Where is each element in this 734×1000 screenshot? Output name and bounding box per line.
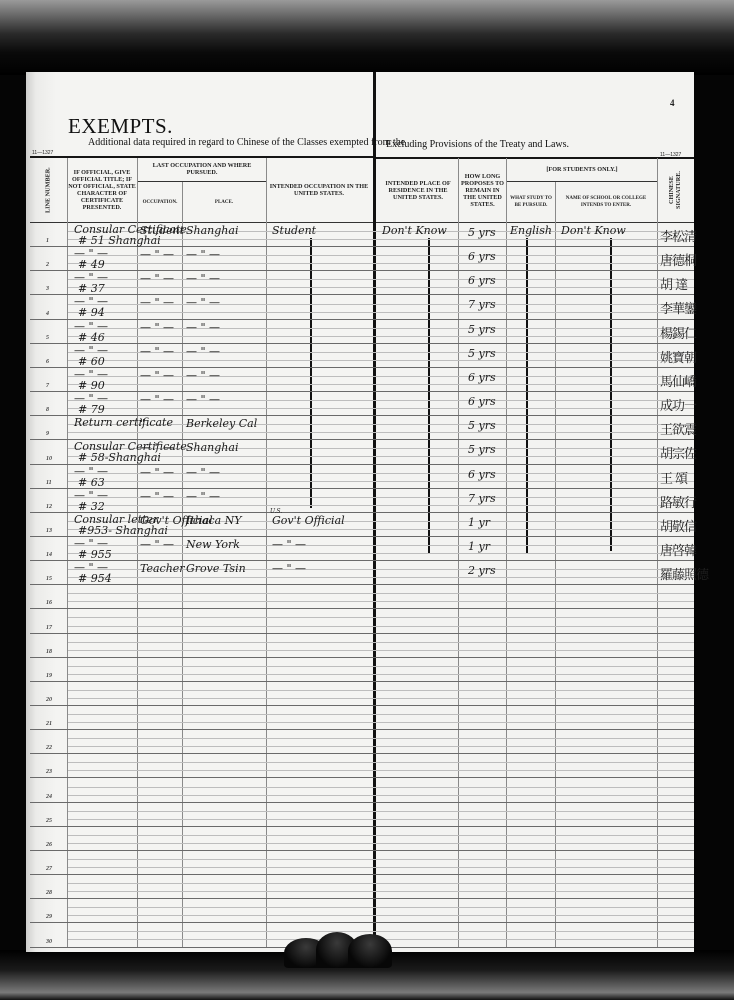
row-rule <box>30 319 694 320</box>
line-number: 21 <box>46 721 66 727</box>
row-subrule <box>68 698 694 699</box>
ledger-book: EXEMPTS. Additional data required in reg… <box>26 72 716 952</box>
cell-certificate-number: # 90 <box>78 380 105 392</box>
cell-place: New York <box>186 539 240 551</box>
cell-occupation: Student <box>140 225 184 237</box>
scan-thumb-artifact <box>348 934 392 968</box>
cell-occupation: — " — <box>140 249 174 261</box>
row-rule <box>30 657 694 658</box>
cell-how-long: 6 yrs <box>468 396 496 408</box>
row-subrule <box>68 336 694 337</box>
cell-occupation: — " — <box>140 442 174 454</box>
line-number: 1 <box>46 238 66 244</box>
cell-place: — " — <box>186 249 220 261</box>
row-subrule <box>68 770 694 771</box>
col-sep <box>555 182 556 948</box>
line-number: 11 <box>46 480 66 486</box>
row-subrule <box>68 617 694 618</box>
row-rule <box>30 343 694 344</box>
cell-place: — " — <box>186 346 220 358</box>
cell-certificate-number: # 955 <box>78 549 112 561</box>
cell-place: Shanghai <box>186 225 238 237</box>
cell-occupation: " <box>140 418 145 430</box>
line-number: 17 <box>46 625 66 631</box>
cell-occupation: — " — <box>140 467 174 479</box>
cell-place: — " — <box>186 467 220 479</box>
cell-certificate-number: # 60 <box>78 356 105 368</box>
line-number: 24 <box>46 794 66 800</box>
row-subrule <box>68 762 694 763</box>
header-bottom-rule-right <box>376 222 694 223</box>
row-subrule <box>68 239 694 240</box>
row-subrule <box>68 787 694 788</box>
row-subrule <box>68 666 694 667</box>
header-school-name: Name of school or college intends to ent… <box>556 182 656 222</box>
row-subrule <box>68 553 694 554</box>
cell-intended-note: U.S. <box>270 506 282 518</box>
line-number: 5 <box>46 335 66 341</box>
header-last-occupation: Last occupation and where pursued. <box>138 158 266 180</box>
header-students-only: [For students only.] <box>507 158 657 180</box>
cell-chinese-signature: 姚寶朝 <box>660 347 696 366</box>
row-subrule <box>68 795 694 796</box>
row-rule <box>30 681 694 682</box>
line-number: 27 <box>46 866 66 872</box>
page-title: EXEMPTS. <box>68 114 173 139</box>
row-rule <box>30 826 694 827</box>
line-number: 28 <box>46 890 66 896</box>
line-number: 12 <box>46 504 66 510</box>
cell-certificate-number: # 94 <box>78 307 105 319</box>
cell-chinese-signature: 王欲震 <box>660 419 696 438</box>
line-number: 14 <box>46 552 66 558</box>
row-rule <box>30 802 694 803</box>
cell-occupation: — " — <box>140 491 174 503</box>
row-subrule <box>68 883 694 884</box>
header-official-title: If official, give official title; if not… <box>68 158 136 222</box>
cell-occupation: — " — <box>140 273 174 285</box>
row-subrule <box>68 746 694 747</box>
cell-intended-occupation: Gov't Official <box>272 515 345 527</box>
cell-how-long: 5 yrs <box>468 444 496 456</box>
cell-place: — " — <box>186 273 220 285</box>
row-rule <box>30 270 694 271</box>
cell-chinese-signature: 胡敬信 <box>660 516 696 535</box>
row-rule <box>30 898 694 899</box>
row-rule <box>30 922 694 923</box>
header-chinese-signature: Chinese signature. <box>658 158 692 222</box>
cell-how-long: 7 yrs <box>468 493 496 505</box>
cell-occupation: — " — <box>140 539 174 551</box>
row-rule <box>30 753 694 754</box>
cell-school: Don't Know <box>561 225 626 237</box>
line-number: 2 <box>46 262 66 268</box>
row-subrule <box>68 456 694 457</box>
header-line-number: Line Number. <box>30 158 66 222</box>
row-subrule <box>68 867 694 868</box>
scan-top-border <box>0 0 734 75</box>
row-subrule <box>68 714 694 715</box>
cell-chinese-signature: 唐德桐 <box>660 250 696 269</box>
cell-chinese-signature: 羅藤照德 <box>660 564 708 583</box>
line-number: 25 <box>46 818 66 824</box>
line-number: 4 <box>46 311 66 317</box>
row-subrule <box>68 360 694 361</box>
row-subrule <box>68 891 694 892</box>
row-subrule <box>68 907 694 908</box>
row-subrule <box>68 432 694 433</box>
cell-occupation: — " — <box>140 394 174 406</box>
cell-chinese-signature: 路敏行 <box>660 492 696 511</box>
cell-chinese-signature: 李華鑾 <box>660 298 696 317</box>
subtitle-right: Excluding Provisions of the Treaty and L… <box>386 139 569 150</box>
cell-place: Berkeley Cal <box>186 418 257 430</box>
header-place: Place. <box>183 182 265 222</box>
row-rule <box>30 294 694 295</box>
cell-how-long: 6 yrs <box>468 251 496 263</box>
cell-how-long: 5 yrs <box>468 420 496 432</box>
cell-chinese-signature: 胡宗佐 <box>660 443 696 462</box>
row-subrule <box>68 843 694 844</box>
row-rule <box>30 560 694 561</box>
cell-intended-occupation: — " — <box>272 563 306 575</box>
row-rule <box>30 367 694 368</box>
line-number: 26 <box>46 842 66 848</box>
header-how-long: How long proposes to remain in the Unite… <box>459 158 506 222</box>
row-subrule <box>68 931 694 932</box>
row-subrule <box>68 626 694 627</box>
cell-how-long: 2 yrs <box>468 565 496 577</box>
line-number: 30 <box>46 939 66 945</box>
row-subrule <box>68 642 694 643</box>
line-number: 3 <box>46 286 66 292</box>
page-number: 4 <box>670 98 675 108</box>
cell-certificate-number: # 46 <box>78 332 105 344</box>
row-rule <box>30 850 694 851</box>
line-number: 9 <box>46 431 66 437</box>
row-subrule <box>68 505 694 506</box>
row-subrule <box>68 577 694 578</box>
row-subrule <box>68 408 694 409</box>
cell-place: Grove Tsin <box>186 563 246 575</box>
cell-how-long: 5 yrs <box>468 227 496 239</box>
line-number: 20 <box>46 697 66 703</box>
cell-how-long: 6 yrs <box>468 372 496 384</box>
row-subrule <box>68 650 694 651</box>
header-what-study: What study to be pursued. <box>507 182 555 222</box>
row-subrule <box>68 722 694 723</box>
line-number: 29 <box>46 914 66 920</box>
row-subrule <box>68 593 694 594</box>
cell-certificate-number: # 63 <box>78 477 105 489</box>
cell-how-long: 5 yrs <box>468 324 496 336</box>
row-subrule <box>68 859 694 860</box>
cell-certificate-number: # 954 <box>78 573 112 585</box>
row-rule <box>30 633 694 634</box>
row-rule <box>30 608 694 609</box>
header-intended-occupation: Intended occupation in the United States… <box>267 158 371 222</box>
cell-place: — " — <box>186 394 220 406</box>
line-number: 19 <box>46 673 66 679</box>
header-intended-residence: Intended place of residence in the Unite… <box>378 158 458 222</box>
row-subrule <box>68 835 694 836</box>
cell-how-long: 7 yrs <box>468 299 496 311</box>
cell-place: — " — <box>186 491 220 503</box>
cell-occupation: — " — <box>140 322 174 334</box>
cell-how-long: 6 yrs <box>468 275 496 287</box>
cell-chinese-signature: 唐啓韓 <box>660 540 696 559</box>
row-subrule <box>68 312 694 313</box>
line-number: 23 <box>46 769 66 775</box>
cell-chinese-signature: 楊錫仁 <box>660 323 696 342</box>
cell-occupation: — " — <box>140 346 174 358</box>
line-number: 16 <box>46 600 66 606</box>
cell-how-long: 1 yr <box>468 541 490 553</box>
cell-certificate-number: # 49 <box>78 259 105 271</box>
row-rule <box>30 705 694 706</box>
line-number: 13 <box>46 528 66 534</box>
row-subrule <box>68 819 694 820</box>
row-rule <box>30 584 694 585</box>
row-subrule <box>68 263 694 264</box>
cell-how-long: 5 yrs <box>468 348 496 360</box>
cell-chinese-signature: 馬仙嶠 <box>660 371 696 390</box>
cell-how-long: 1 yr <box>468 517 490 529</box>
header-occupation: Occupation. <box>138 182 182 222</box>
row-subrule <box>68 811 694 812</box>
cell-occupation: Teacher <box>140 563 185 575</box>
cell-certificate: Return certificate <box>74 417 173 429</box>
cell-residence: Don't Know <box>382 225 447 237</box>
ink-ditto-line-residence <box>428 238 430 553</box>
row-subrule <box>68 690 694 691</box>
cell-intended-occupation: Student <box>272 225 316 237</box>
row-rule <box>30 777 694 778</box>
line-number: 18 <box>46 649 66 655</box>
cell-occupation: — " — <box>140 297 174 309</box>
cell-chinese-signature: 胡 達 <box>660 274 687 293</box>
cell-place: — " — <box>186 370 220 382</box>
cell-certificate-number: # 37 <box>78 283 105 295</box>
cell-certificate-number: # 32 <box>78 501 105 513</box>
ink-ditto-line-study <box>526 238 528 553</box>
line-number: 10 <box>46 456 66 462</box>
row-subrule <box>68 674 694 675</box>
cell-place: Shanghai <box>186 442 238 454</box>
line-number: 8 <box>46 407 66 413</box>
row-subrule <box>68 915 694 916</box>
cell-how-long: 6 yrs <box>468 469 496 481</box>
row-rule <box>30 488 694 489</box>
cell-study: English <box>510 225 552 237</box>
row-subrule <box>68 601 694 602</box>
cell-intended-occupation: — " — <box>272 539 306 551</box>
cell-place: — " — <box>186 297 220 309</box>
row-rule <box>30 874 694 875</box>
cell-chinese-signature: 王 頌 <box>660 468 687 487</box>
cell-chinese-signature: 李松清 <box>660 226 696 245</box>
row-subrule <box>68 481 694 482</box>
row-rule <box>30 391 694 392</box>
line-number: 22 <box>46 745 66 751</box>
row-rule <box>30 729 694 730</box>
cell-place: Ithaca NY <box>186 515 242 527</box>
row-subrule <box>68 738 694 739</box>
line-number: 15 <box>46 576 66 582</box>
cell-certificate-number: # 79 <box>78 404 105 416</box>
cell-chinese-signature: 成功一 <box>660 395 696 414</box>
subtitle-left: Additional data required in regard to Ch… <box>88 137 405 148</box>
cell-occupation: — " — <box>140 370 174 382</box>
line-number: 7 <box>46 383 66 389</box>
cell-place: — " — <box>186 322 220 334</box>
line-number: 6 <box>46 359 66 365</box>
row-subrule <box>68 384 694 385</box>
row-subrule <box>68 287 694 288</box>
